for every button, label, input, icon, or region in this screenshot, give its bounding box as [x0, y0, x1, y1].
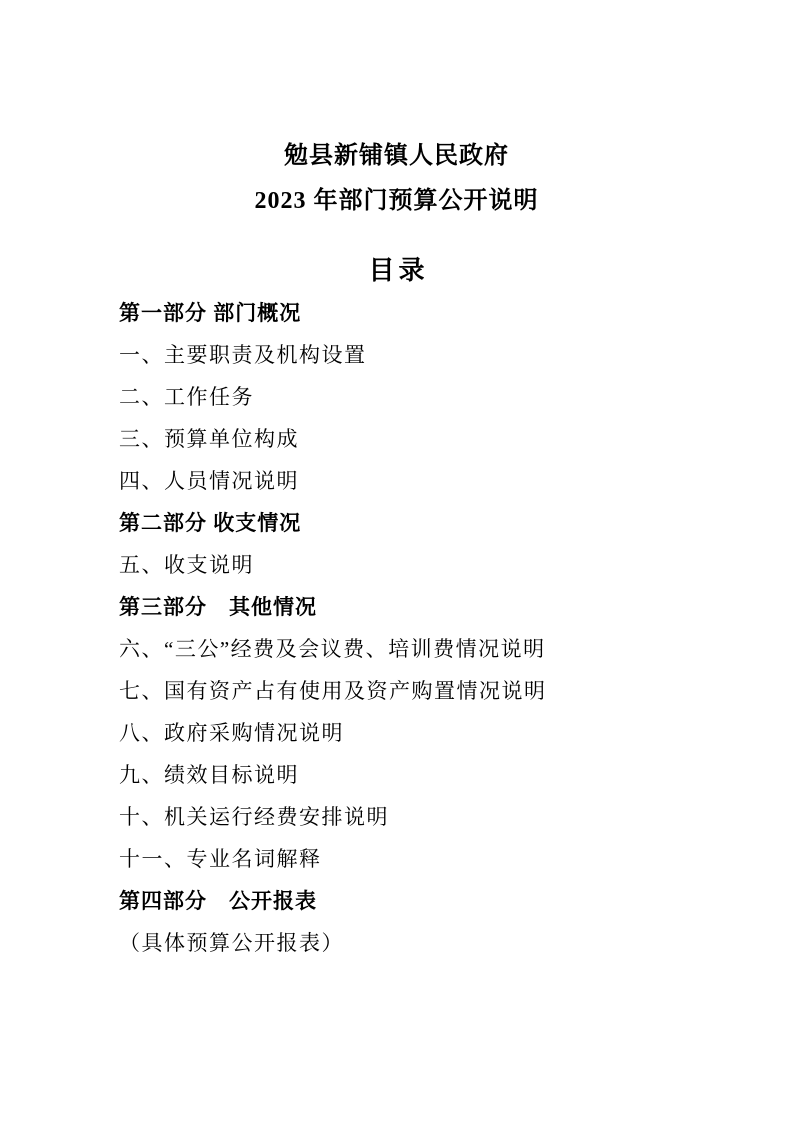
toc-entry-part2: 第二部分 收支情况 [119, 502, 703, 544]
toc-entry-item4: 四、人员情况说明 [119, 460, 703, 502]
toc-entry-item2: 二、工作任务 [119, 376, 703, 418]
toc-entry-part4: 第四部分 公开报表 [119, 880, 703, 922]
document-title-block: 勉县新铺镇人民政府 2023 年部门预算公开说明 [0, 0, 793, 217]
toc-list: 第一部分 部门概况 一、主要职责及机构设置 二、工作任务 三、预算单位构成 四、… [0, 292, 793, 964]
toc-entry-item9: 九、绩效目标说明 [119, 754, 703, 796]
toc-heading: 目录 [0, 250, 793, 287]
toc-entry-note: （具体预算公开报表） [119, 922, 703, 964]
toc-entry-item8: 八、政府采购情况说明 [119, 712, 703, 754]
document-title-line1: 勉县新铺镇人民政府 [0, 141, 793, 172]
toc-entry-part3: 第三部分 其他情况 [119, 586, 703, 628]
document-title-line2: 2023 年部门预算公开说明 [0, 186, 793, 217]
document-page: 勉县新铺镇人民政府 2023 年部门预算公开说明 目录 第一部分 部门概况 一、… [0, 0, 793, 1122]
toc-entry-item3: 三、预算单位构成 [119, 418, 703, 460]
toc-entry-item1: 一、主要职责及机构设置 [119, 334, 703, 376]
toc-entry-item10: 十、机关运行经费安排说明 [119, 796, 703, 838]
toc-entry-item6: 六、“三公”经费及会议费、培训费情况说明 [119, 628, 703, 670]
toc-entry-item7: 七、国有资产占有使用及资产购置情况说明 [119, 670, 703, 712]
toc-entry-part1: 第一部分 部门概况 [119, 292, 703, 334]
toc-entry-item5: 五、收支说明 [119, 544, 703, 586]
toc-entry-item11: 十一、专业名词解释 [119, 838, 703, 880]
